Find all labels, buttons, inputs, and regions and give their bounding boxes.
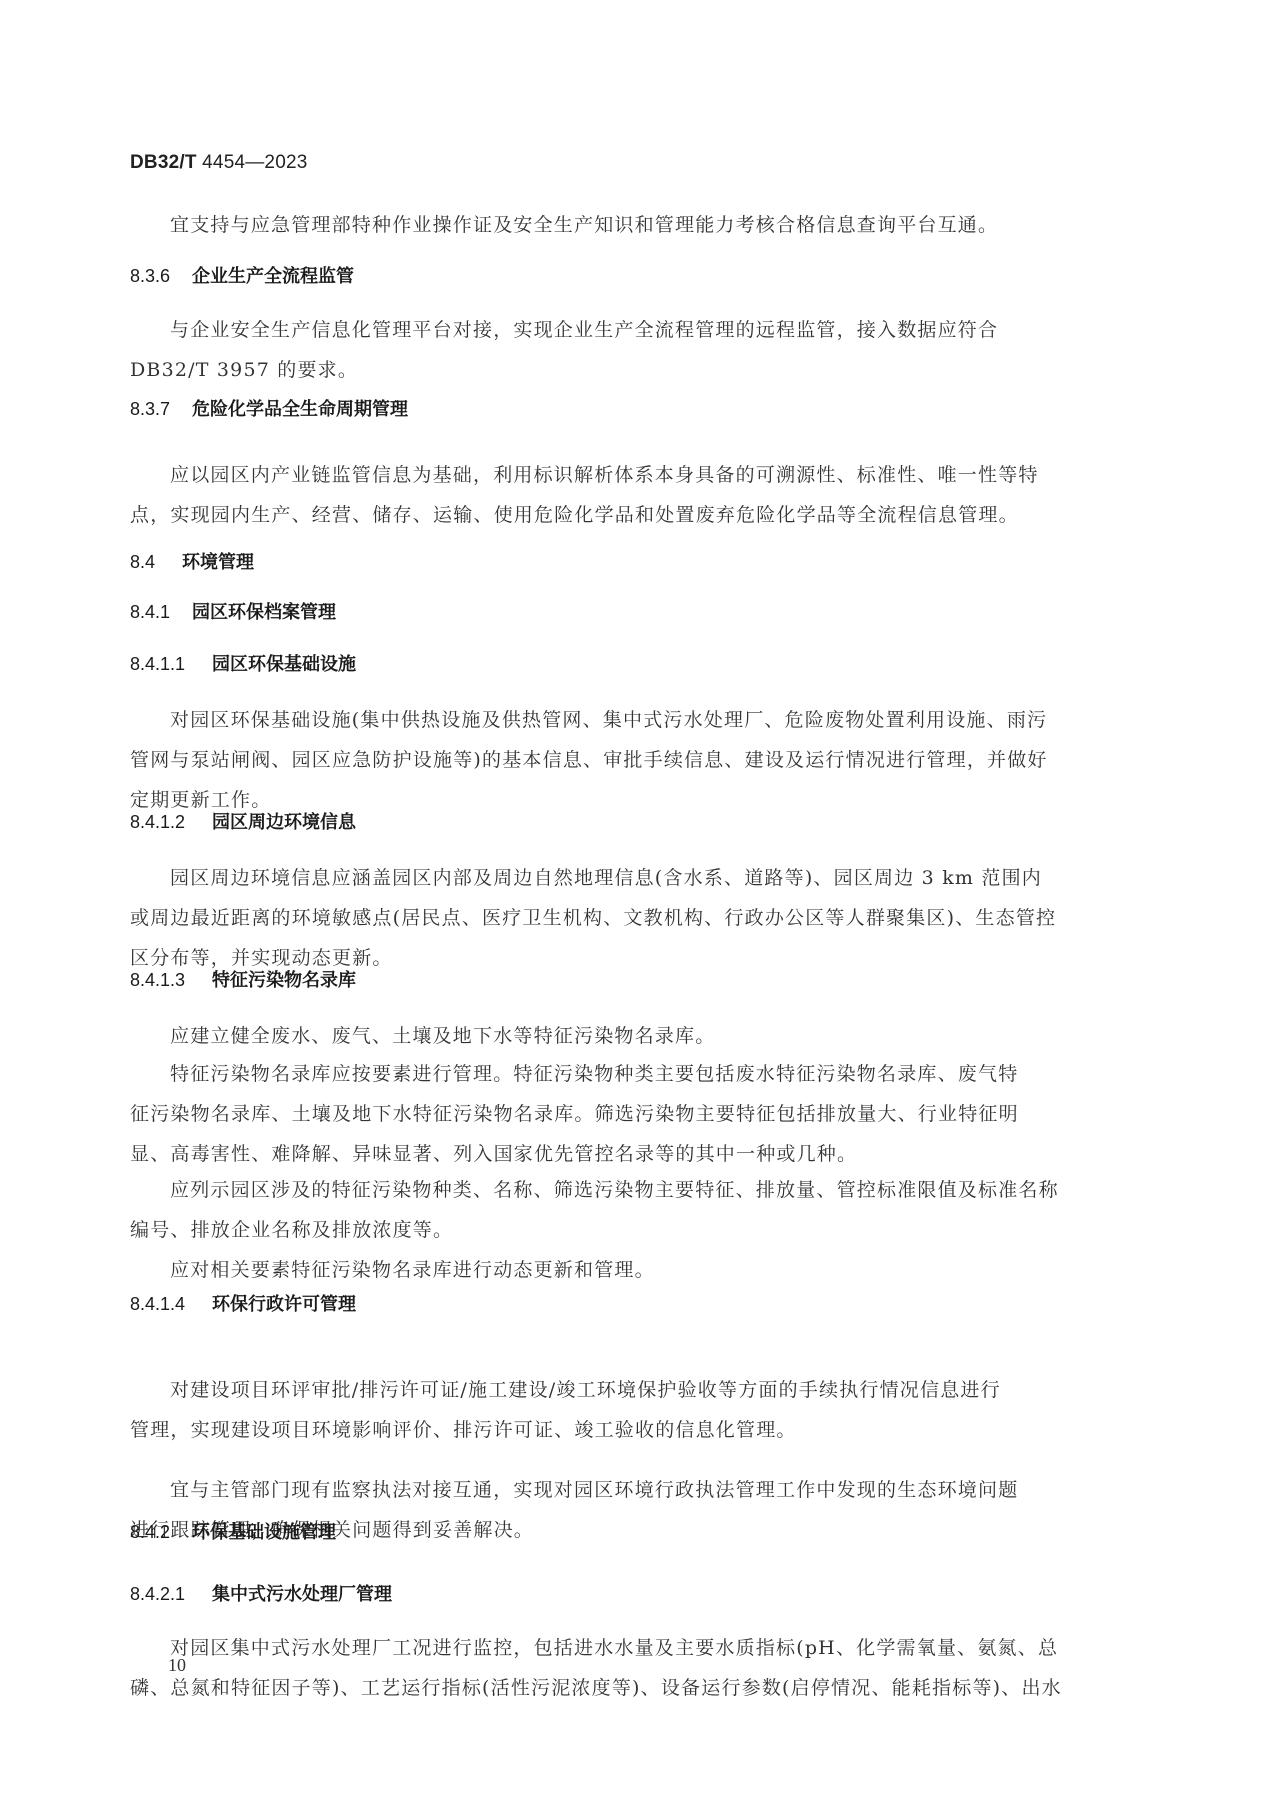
- section-number: 8.3.7: [130, 399, 192, 420]
- paragraph-line: 特征污染物名录库应按要素进行管理。特征污染物种类主要包括废水特征污染物名录库、废…: [130, 1054, 1130, 1094]
- paragraph-line: 编号、排放企业名称及排放浓度等。: [130, 1210, 1130, 1250]
- paragraph: 应对相关要素特征污染物名录库进行动态更新和管理。: [130, 1250, 1130, 1290]
- section-heading: 8.4.1.4环保行政许可管理: [130, 1290, 356, 1316]
- paragraph: 园区周边环境信息应涵盖园区内部及周边自然地理信息(含水系、道路等)、园区周边 3…: [130, 858, 1130, 978]
- section-heading: 8.4.2.1集中式污水处理厂管理: [130, 1580, 392, 1606]
- section-number: 8.4.2.1: [130, 1584, 212, 1605]
- section-title: 特征污染物名录库: [212, 970, 356, 991]
- section-title: 环境管理: [182, 552, 254, 573]
- section-heading: 8.4.2环保基础设施管理: [130, 1518, 336, 1544]
- paragraph-line: 应建立健全废水、废气、土壤及地下水等特征污染物名录库。: [130, 1016, 1130, 1056]
- standard-prefix: DB32/T: [130, 152, 197, 173]
- section-title: 危险化学品全生命周期管理: [192, 399, 408, 420]
- paragraph: 对园区集中式污水处理厂工况进行监控，包括进水水量及主要水质指标(pH、化学需氧量…: [130, 1628, 1130, 1708]
- section-title: 园区环保基础设施: [212, 654, 356, 675]
- section-title: 企业生产全流程监管: [192, 266, 354, 287]
- section-heading: 8.4环境管理: [130, 548, 254, 574]
- paragraph-line: 显、高毒害性、难降解、异味显著、列入国家优先管控名录等的其中一种或几种。: [130, 1134, 1130, 1174]
- section-title: 园区周边环境信息: [212, 812, 356, 833]
- paragraph-line: 对建设项目环评审批/排污许可证/施工建设/竣工环境保护验收等方面的手续执行情况信…: [130, 1370, 1130, 1410]
- paragraph: 特征污染物名录库应按要素进行管理。特征污染物种类主要包括废水特征污染物名录库、废…: [130, 1054, 1130, 1174]
- paragraph: 对园区环保基础设施(集中供热设施及供热管网、集中式污水处理厂、危险废物处置利用设…: [130, 700, 1130, 820]
- section-number: 8.4: [130, 552, 182, 573]
- paragraph-line: 园区周边环境信息应涵盖园区内部及周边自然地理信息(含水系、道路等)、园区周边 3…: [130, 858, 1130, 898]
- paragraph-line: 应以园区内产业链监管信息为基础，利用标识解析体系本身具备的可溯源性、标准性、唯一…: [130, 455, 1130, 495]
- paragraph: 宜支持与应急管理部特种作业操作证及安全生产知识和管理能力考核合格信息查询平台互通…: [130, 205, 1130, 245]
- paragraph: 与企业安全生产信息化管理平台对接，实现企业生产全流程管理的远程监管，接入数据应符…: [130, 310, 1130, 390]
- paragraph-line: 应列示园区涉及的特征污染物种类、名称、筛选污染物主要特征、排放量、管控标准限值及…: [130, 1170, 1130, 1210]
- section-title: 集中式污水处理厂管理: [212, 1584, 392, 1605]
- paragraph: 应列示园区涉及的特征污染物种类、名称、筛选污染物主要特征、排放量、管控标准限值及…: [130, 1170, 1130, 1250]
- section-number: 8.3.6: [130, 266, 192, 287]
- paragraph-line: DB32/T 3957 的要求。: [130, 350, 1130, 390]
- paragraph-line: 应对相关要素特征污染物名录库进行动态更新和管理。: [130, 1250, 1130, 1290]
- section-title: 环保基础设施管理: [192, 1522, 336, 1543]
- standard-number: 4454—2023: [202, 152, 307, 173]
- section-heading: 8.4.1.1园区环保基础设施: [130, 650, 356, 676]
- paragraph-line: 对园区环保基础设施(集中供热设施及供热管网、集中式污水处理厂、危险废物处置利用设…: [130, 700, 1130, 740]
- section-title: 园区环保档案管理: [192, 602, 336, 623]
- section-number: 8.4.1.4: [130, 1294, 212, 1315]
- page-number: 10: [168, 1655, 186, 1676]
- section-heading: 8.4.1园区环保档案管理: [130, 598, 336, 624]
- paragraph: 对建设项目环评审批/排污许可证/施工建设/竣工环境保护验收等方面的手续执行情况信…: [130, 1370, 1130, 1450]
- paragraph-line: 磷、总氮和特征因子等)、工艺运行指标(活性污泥浓度等)、设备运行参数(启停情况、…: [130, 1668, 1130, 1708]
- standard-code: DB32/T 4454—2023: [130, 152, 308, 174]
- paragraph-line: 宜支持与应急管理部特种作业操作证及安全生产知识和管理能力考核合格信息查询平台互通…: [130, 205, 1130, 245]
- section-heading: 8.3.6企业生产全流程监管: [130, 262, 354, 288]
- section-heading: 8.4.1.3特征污染物名录库: [130, 966, 356, 992]
- paragraph: 应建立健全废水、废气、土壤及地下水等特征污染物名录库。: [130, 1016, 1130, 1056]
- paragraph-line: 与企业安全生产信息化管理平台对接，实现企业生产全流程管理的远程监管，接入数据应符…: [130, 310, 1130, 350]
- paragraph-line: 对园区集中式污水处理厂工况进行监控，包括进水水量及主要水质指标(pH、化学需氧量…: [130, 1628, 1130, 1668]
- section-number: 8.4.1.1: [130, 654, 212, 675]
- section-title: 环保行政许可管理: [212, 1294, 356, 1315]
- paragraph-line: 宜与主管部门现有监察执法对接互通，实现对园区环境行政执法管理工作中发现的生态环境…: [130, 1470, 1130, 1510]
- section-number: 8.4.2: [130, 1522, 192, 1543]
- paragraph-line: 点，实现园内生产、经营、储存、运输、使用危险化学品和处置废弃危险化学品等全流程信…: [130, 495, 1130, 535]
- paragraph-line: 征污染物名录库、土壤及地下水特征污染物名录库。筛选污染物主要特征包括排放量大、行…: [130, 1094, 1130, 1134]
- section-number: 8.4.1.3: [130, 970, 212, 991]
- paragraph-line: 管网与泵站闸阀、园区应急防护设施等)的基本信息、审批手续信息、建设及运行情况进行…: [130, 740, 1130, 780]
- section-number: 8.4.1.2: [130, 812, 212, 833]
- section-number: 8.4.1: [130, 602, 192, 623]
- paragraph-line: 或周边最近距离的环境敏感点(居民点、医疗卫生机构、文教机构、行政办公区等人群聚集…: [130, 898, 1130, 938]
- section-heading: 8.3.7危险化学品全生命周期管理: [130, 395, 408, 421]
- paragraph-line: 管理，实现建设项目环境影响评价、排污许可证、竣工验收的信息化管理。: [130, 1410, 1130, 1450]
- paragraph: 应以园区内产业链监管信息为基础，利用标识解析体系本身具备的可溯源性、标准性、唯一…: [130, 455, 1130, 535]
- section-heading: 8.4.1.2园区周边环境信息: [130, 808, 356, 834]
